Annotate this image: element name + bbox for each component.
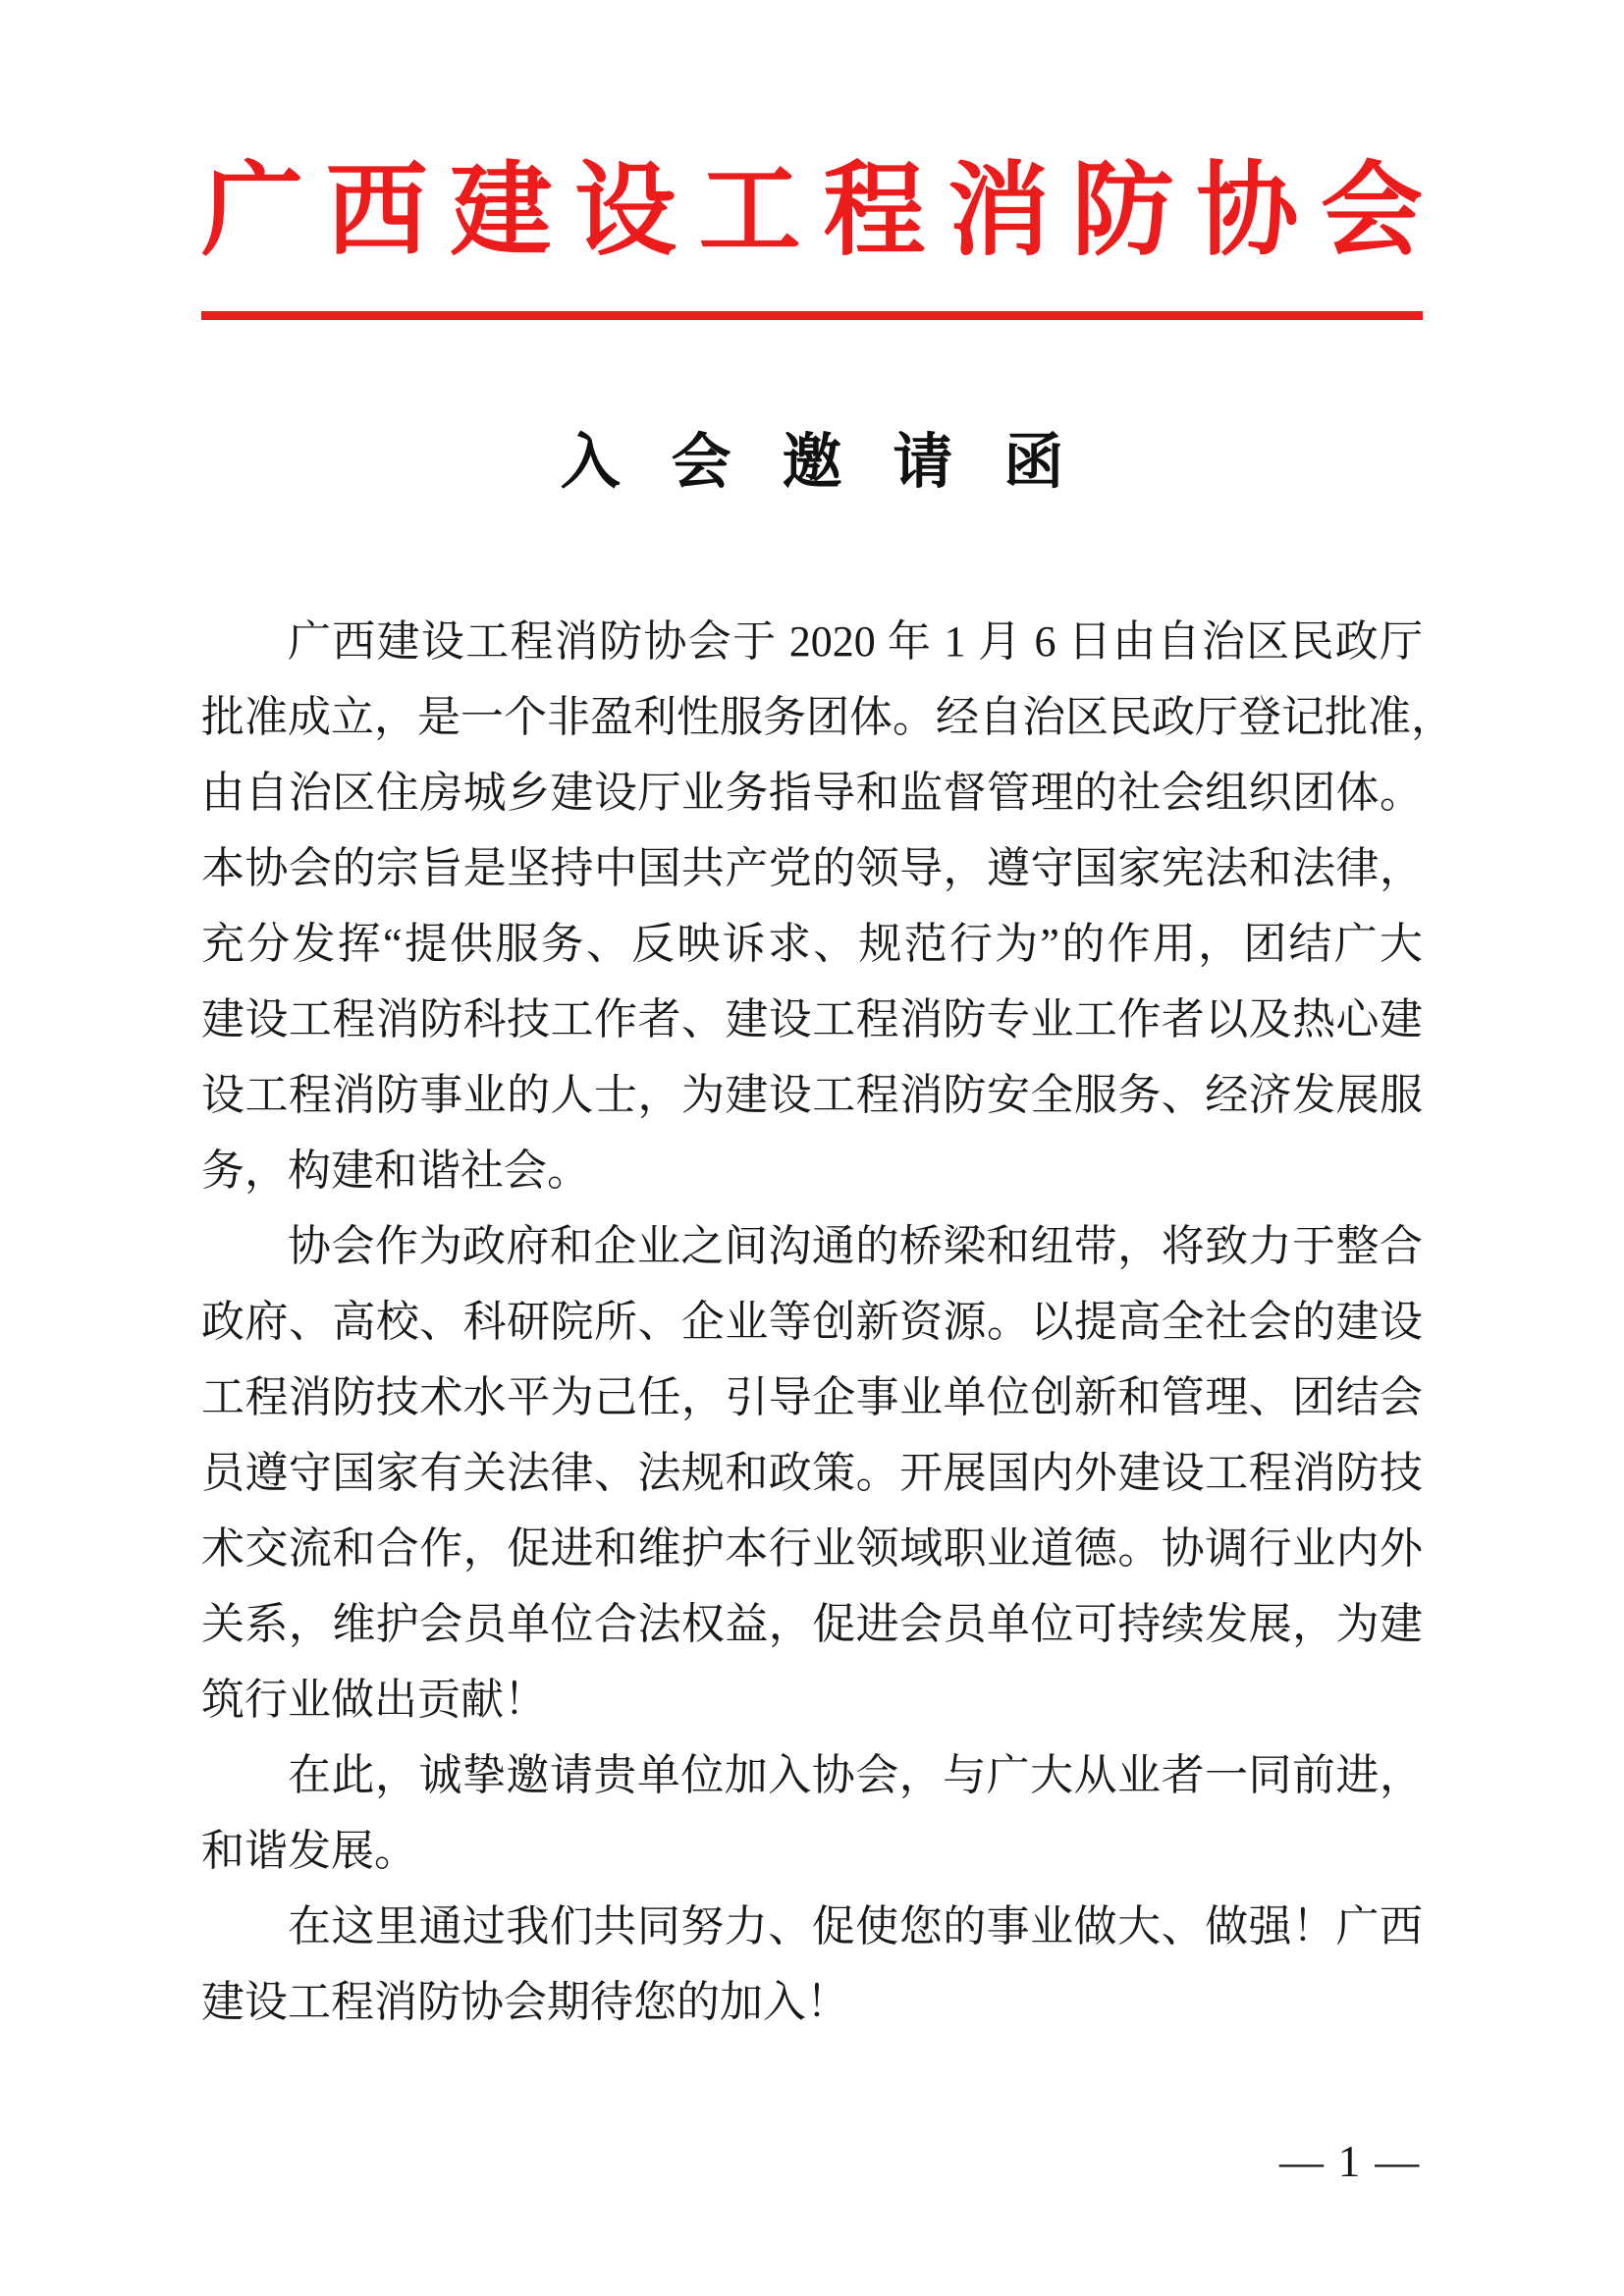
body-line: 政府、高校、科研院所、企业等创新资源。以提高全社会的建设 bbox=[201, 1284, 1423, 1360]
body-line: 批准成立，是一个非盈利性服务团体。经自治区民政厅登记批准， bbox=[201, 679, 1423, 755]
body-line: 在此，诚挚邀请贵单位加入协会，与广大从业者一同前进， bbox=[201, 1737, 1423, 1813]
document-title: 入 会 邀 请 函 bbox=[201, 414, 1423, 500]
document-content: 广西建设工程消防协会 入 会 邀 请 函 广西建设工程消防协会于 2020 年 … bbox=[0, 145, 1624, 2040]
letter-body: 广西建设工程消防协会于 2020 年 1 月 6 日由自治区民政厅 批准成立，是… bbox=[201, 604, 1423, 2040]
body-line: 由自治区住房城乡建设厅业务指导和监督管理的社会组织团体。 bbox=[201, 755, 1423, 830]
body-line: 建设工程消防科技工作者、建设工程消防专业工作者以及热心建 bbox=[201, 982, 1423, 1057]
body-line: 术交流和合作，促进和维护本行业领域职业道德。协调行业内外 bbox=[201, 1511, 1423, 1586]
body-line: 设工程消防事业的人士，为建设工程消防安全服务、经济发展服 bbox=[201, 1057, 1423, 1133]
body-line: 本协会的宗旨是坚持中国共产党的领导，遵守国家宪法和法律， bbox=[201, 830, 1423, 906]
body-line: 广西建设工程消防协会于 2020 年 1 月 6 日由自治区民政厅 bbox=[201, 604, 1423, 679]
body-line: 筑行业做出贡献！ bbox=[201, 1662, 1423, 1737]
body-line: 在这里通过我们共同努力、促使您的事业做大、做强！广西 bbox=[201, 1889, 1423, 1964]
masthead-divider-rule bbox=[201, 311, 1423, 320]
body-line: 协会作为政府和企业之间沟通的桥梁和纽带，将致力于整合 bbox=[201, 1208, 1423, 1284]
body-line: 充分发挥“提供服务、反映诉求、规范行为”的作用，团结广大 bbox=[201, 906, 1423, 982]
association-masthead-title: 广西建设工程消防协会 bbox=[201, 145, 1423, 278]
body-line: 和谐发展。 bbox=[201, 1813, 1423, 1889]
body-line: 务，构建和谐社会。 bbox=[201, 1133, 1423, 1208]
document-page: 广西建设工程消防协会 入 会 邀 请 函 广西建设工程消防协会于 2020 年 … bbox=[0, 0, 1624, 2296]
body-line: 建设工程消防协会期待您的加入！ bbox=[201, 1964, 1423, 2040]
body-line: 工程消防技术水平为己任，引导企事业单位创新和管理、团结会 bbox=[201, 1360, 1423, 1435]
body-line: 关系，维护会员单位合法权益，促进会员单位可持续发展，为建 bbox=[201, 1586, 1423, 1662]
body-line: 员遵守国家有关法律、法规和政策。开展国内外建设工程消防技 bbox=[201, 1435, 1423, 1511]
page-number: — 1 — bbox=[1279, 2136, 1421, 2187]
